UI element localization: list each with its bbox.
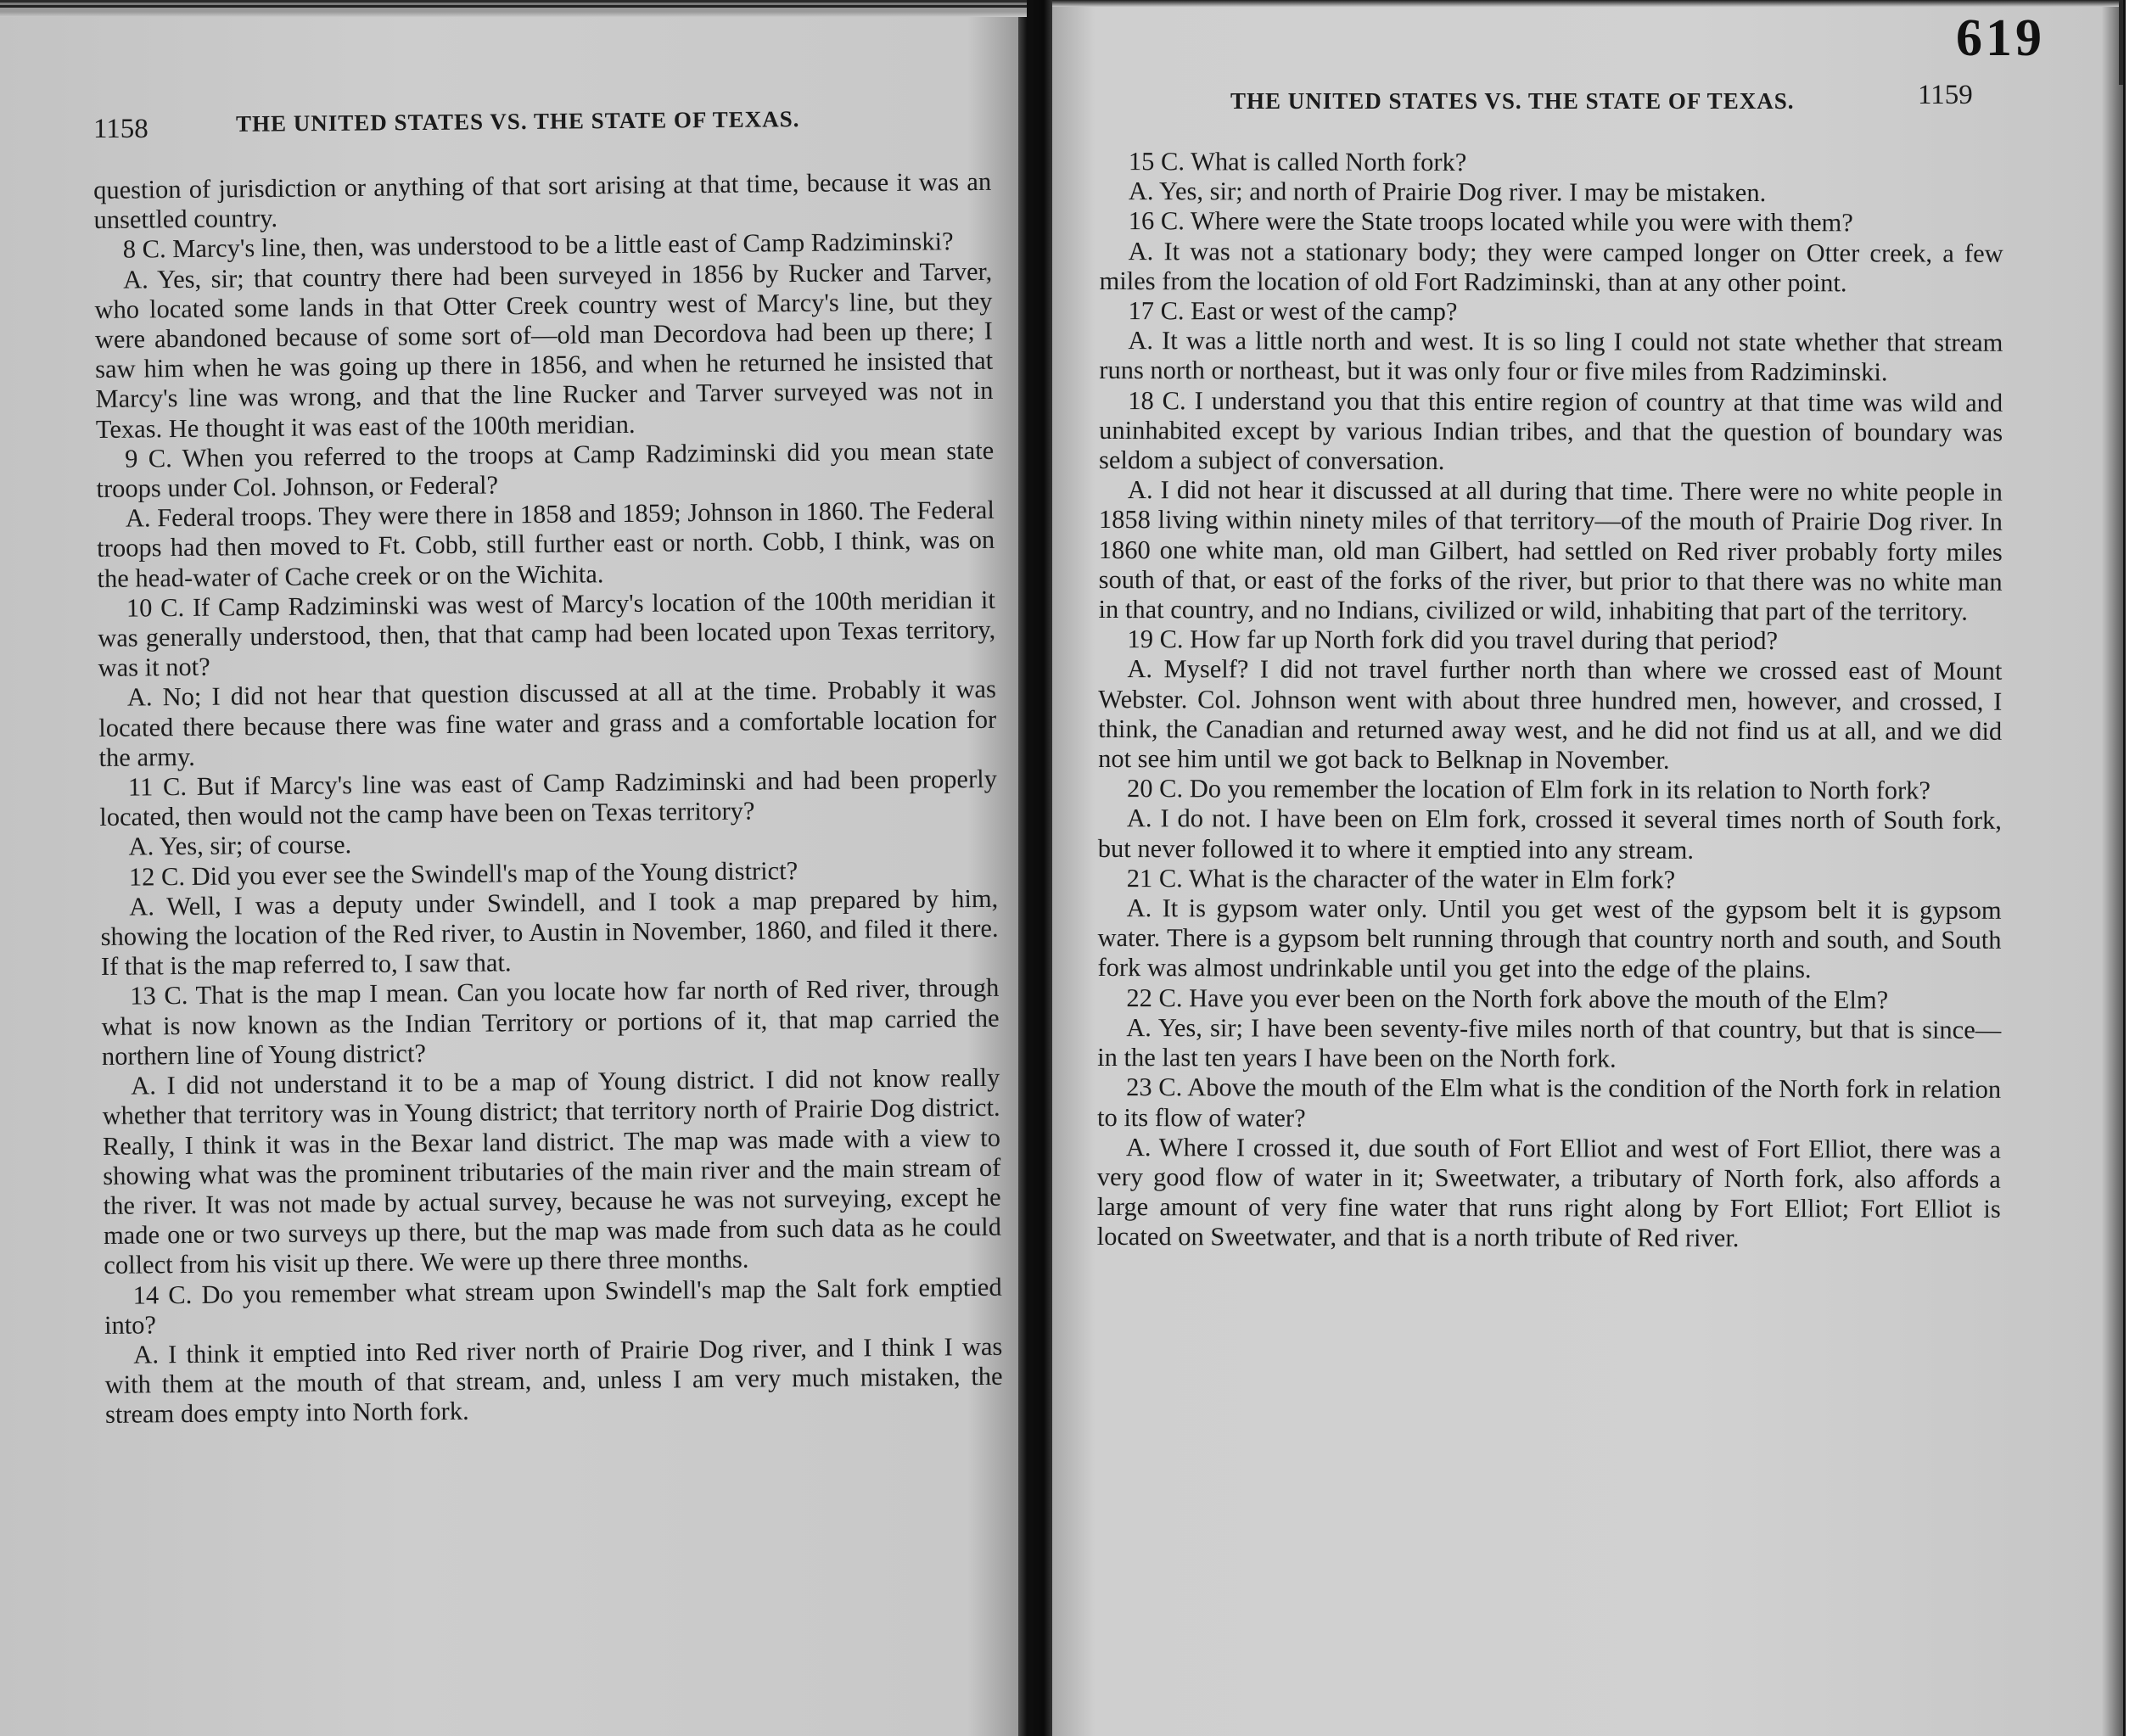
question: 14 C. Do you remember what stream upon S… bbox=[104, 1272, 1003, 1341]
question: 10 C. If Camp Radziminski was west of Ma… bbox=[98, 585, 996, 684]
question: 23 C. Above the mouth of the Elm what is… bbox=[1097, 1072, 2001, 1134]
left-page-number: 1158 bbox=[93, 114, 148, 145]
question: 11 C. But if Marcy's line was east of Ca… bbox=[99, 764, 998, 833]
answer: A. I do not. I have been on Elm fork, cr… bbox=[1098, 804, 2002, 865]
answer: A. Where I crossed it, due south of Fort… bbox=[1097, 1133, 2001, 1255]
answer: A. Yes, sir; I have been seventy-five mi… bbox=[1097, 1013, 2001, 1075]
answer: A. It was not a stationary body; they we… bbox=[1100, 237, 2003, 299]
answer: A. Myself? I did not travel further nort… bbox=[1098, 654, 2002, 776]
top-page-edge-right bbox=[1052, 0, 2121, 7]
question: 21 C. What is the character of the water… bbox=[1098, 864, 2002, 896]
paragraph: question of jurisdiction or anything of … bbox=[93, 167, 992, 236]
answer: A. I did not hear it discussed at all du… bbox=[1099, 475, 2003, 627]
question: 9 C. When you referred to the troops at … bbox=[96, 436, 995, 505]
left-text-column: question of jurisdiction or anything of … bbox=[93, 167, 1003, 1431]
right-text-column: 15 C. What is called North fork? A. Yes,… bbox=[1097, 147, 2003, 1254]
right-page: 619 THE UNITED STATES VS. THE STATE OF T… bbox=[1052, 0, 2123, 1736]
stamp-page-number: 619 bbox=[1956, 8, 2045, 69]
question: 13 C. That is the map I mean. Can you lo… bbox=[101, 973, 1000, 1072]
left-running-head: THE UNITED STATES VS. THE STATE OF TEXAS… bbox=[236, 106, 800, 137]
top-page-edge bbox=[0, 0, 1027, 17]
left-page: 1158 THE UNITED STATES VS. THE STATE OF … bbox=[0, 0, 1018, 1736]
right-running-head: THE UNITED STATES VS. THE STATE OF TEXAS… bbox=[1230, 88, 1794, 115]
right-scan-border bbox=[2123, 0, 2135, 1736]
answer: A. I did not understand it to be a map o… bbox=[102, 1063, 1001, 1281]
question: 20 C. Do you remember the location of El… bbox=[1098, 774, 2002, 806]
answer: A. It is gypsom water only. Until you ge… bbox=[1097, 893, 2001, 985]
answer: A. Yes, sir; and north of Prairie Dog ri… bbox=[1100, 176, 2003, 209]
right-page-number: 1159 bbox=[1918, 80, 1973, 111]
question: 18 C. I understand you that this entire … bbox=[1099, 386, 2003, 478]
question: 17 C. East or west of the camp? bbox=[1099, 296, 2003, 328]
answer: A. Federal troops. They were there in 18… bbox=[97, 496, 995, 594]
question: 15 C. What is called North fork? bbox=[1100, 147, 2003, 179]
question: 19 C. How far up North fork did you trav… bbox=[1098, 624, 2002, 657]
question: 22 C. Have you ever been on the North fo… bbox=[1097, 983, 2001, 1016]
question: 16 C. Where were the State troops locate… bbox=[1100, 206, 2003, 238]
answer: A. Yes, sir; that country there had been… bbox=[94, 256, 994, 444]
book-gutter bbox=[1018, 0, 1052, 1736]
answer: A. I think it emptied into Red river nor… bbox=[104, 1332, 1003, 1431]
answer: A. Well, I was a deputy under Swindell, … bbox=[100, 884, 999, 983]
answer: A. No; I did not hear that question disc… bbox=[98, 675, 997, 773]
answer: A. It was a little north and west. It is… bbox=[1099, 326, 2003, 388]
